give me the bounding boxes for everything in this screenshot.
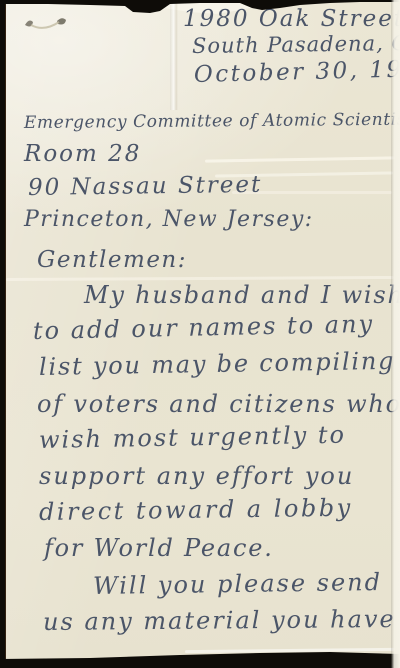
staple-rust-mark	[22, 11, 68, 33]
body-line: us any material you have	[43, 605, 396, 636]
scanned-letter: 1980 Oak Street South Pasadena, Calif. O…	[0, 0, 400, 668]
body-line: wish most urgently to	[39, 421, 346, 454]
letter-date: October 30, 1947	[194, 56, 400, 88]
sender-address-line-2: South Pasadena, Calif.	[192, 30, 400, 58]
body-line: Will you please send	[93, 568, 382, 600]
salutation: Gentlemen:	[37, 247, 187, 273]
recipient-street: 90 Nassau Street	[28, 172, 263, 201]
scan-edge-left	[0, 0, 6, 668]
recipient-city: Princeton, New Jersey:	[24, 207, 314, 232]
sender-address-line-1: 1980 Oak Street	[183, 6, 400, 32]
recipient-name: Emergency Committee of Atomic Scientists	[24, 110, 400, 133]
body-line: support any effort you	[39, 462, 354, 490]
recipient-room: Room 28	[24, 141, 141, 167]
body-line: My husband and I wish	[84, 281, 400, 309]
body-line: for World Peace.	[44, 534, 274, 562]
body-line: of voters and citizens who	[37, 390, 400, 418]
vertical-fold-crease	[170, 0, 178, 110]
body-line: direct toward a lobby	[39, 494, 353, 526]
scan-edge-right	[391, 0, 400, 668]
